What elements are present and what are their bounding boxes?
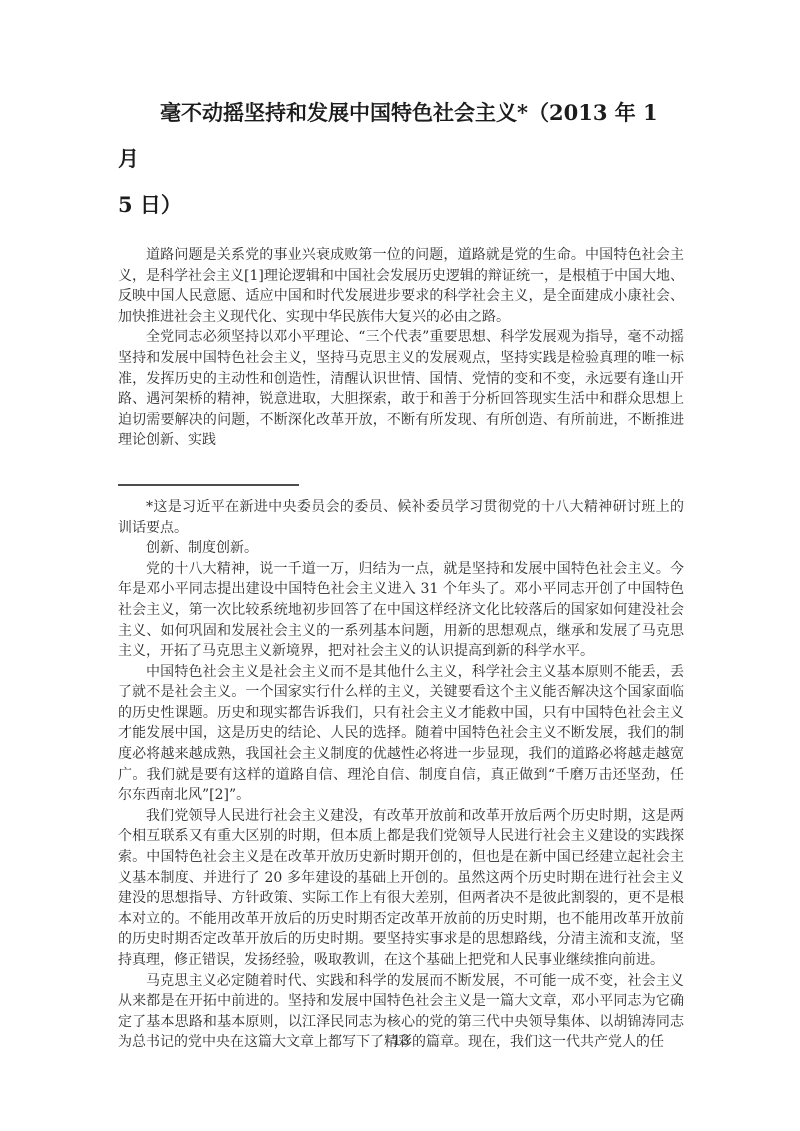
footnote-text: *这是习近平在新进中央委员会的委员、候补委员学习贯彻党的十八大精神研讨班上的训话… [118,497,684,538]
body-paragraph-continuation: 创新、制度创新。 [118,538,684,559]
footnote-separator-line [118,484,299,486]
document-title-line-1: 毫不动摇坚持和发展中国特色社会主义*（2013 年 1 月 [118,100,658,171]
body-paragraph-whole-party: 全党同志必须坚持以邓小平理论、“三个代表”重要思想、科学发展观为指导，毫不动摇坚… [118,327,684,451]
body-paragraph-two-periods: 我们党领导人民进行社会主义建没，有改革开放前和改革开放后两个历史时期，这是两个相… [118,806,684,971]
document-title: 毫不动摇坚持和发展中国特色社会主义*（2013 年 1 月 5 日） [118,90,684,228]
body-paragraph-road-question: 道路问题是关系党的事业兴衰成败第一位的问题，道路就是党的生命。中国特色社会主义，… [118,245,684,327]
page-number: 13 [118,1032,684,1051]
body-paragraph-18th-congress: 党的十八大精神，说一千道一万，归结为一点，就是坚持和发展中国特色社会主义。今年是… [118,559,684,662]
document-page: 毫不动摇坚持和发展中国特色社会主义*（2013 年 1 月 5 日） 道路问题是… [0,0,800,1131]
body-paragraph-socialism-principles: 中国特色社会主义是社会主义而不是其他什么主义，科学社会主义基本原则不能丢，丢了就… [118,662,684,806]
document-title-line-2: 5 日） [118,182,684,228]
